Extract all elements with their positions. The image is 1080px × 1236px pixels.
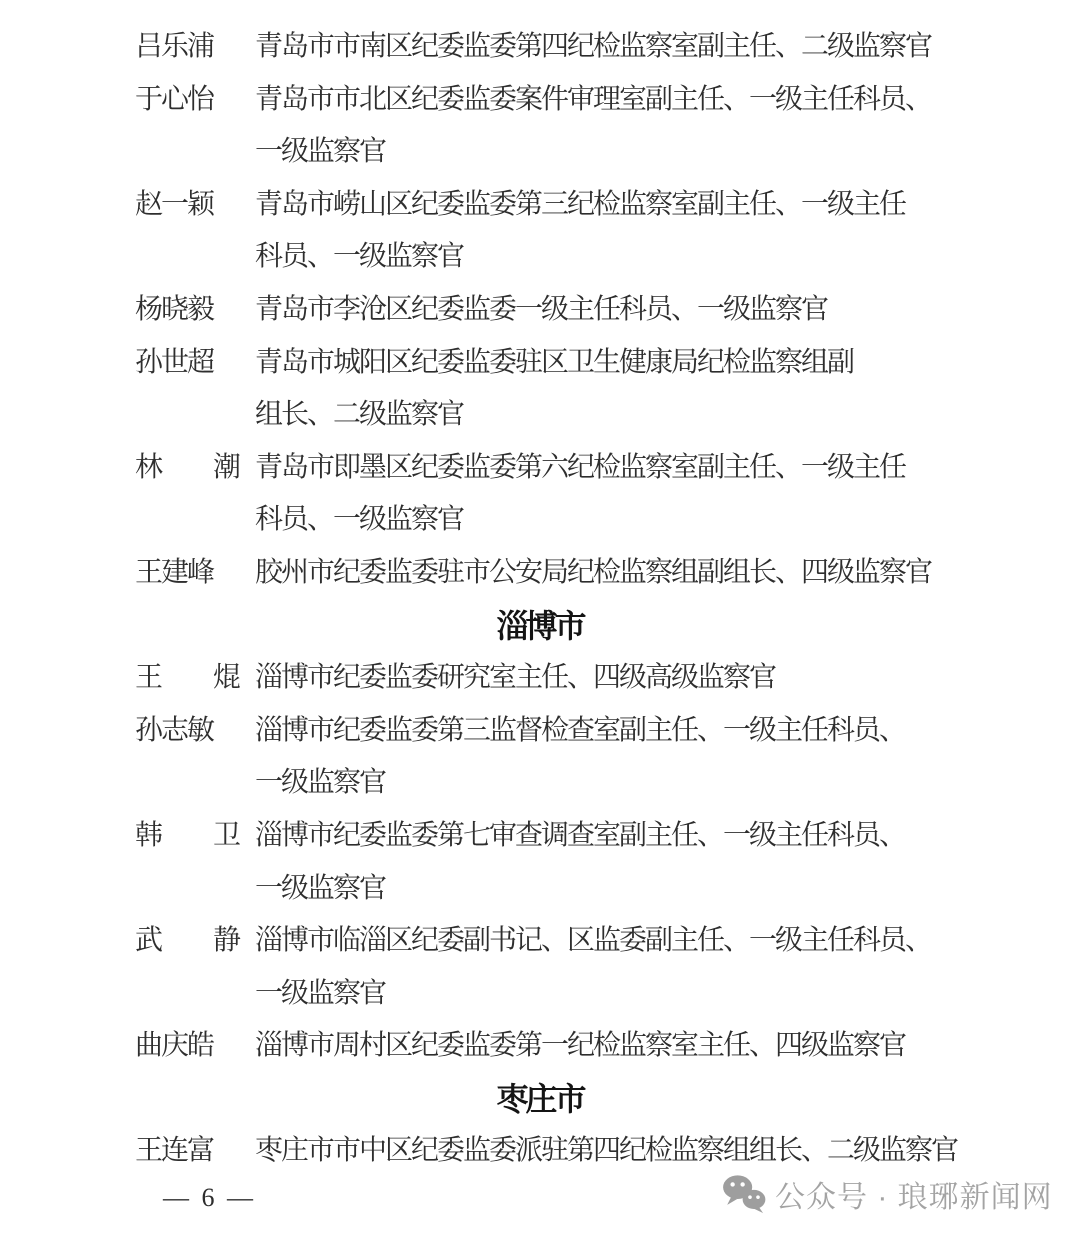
position-text: 淄博市临淄区纪委副书记、区监委副主任、一级主任科员、一级监察官 [255, 915, 945, 1020]
official-entry: 于心怡青岛市市北区纪委监委案件审理室副主任、一级主任科员、一级监察官 [135, 74, 945, 179]
position-line: 一级监察官 [255, 968, 945, 1021]
watermark-label: 公众号 · 琅琊新闻网 [775, 1172, 1053, 1216]
position-line: 一级监察官 [255, 126, 945, 179]
person-name: 杨晓毅 [135, 284, 255, 337]
position-line: 组长、二级监察官 [255, 389, 945, 442]
official-entry: 杨晓毅青岛市李沧区纪委监委一级主任科员、一级监察官 [135, 284, 945, 337]
official-entry: 王 焜淄博市纪委监委研究室主任、四级高级监察官 [135, 652, 945, 705]
watermark: 公众号 · 琅琊新闻网 [722, 1172, 1053, 1216]
position-text: 青岛市崂山区纪委监委第三纪检监察室副主任、一级主任科员、一级监察官 [255, 179, 945, 284]
position-line: 科员、一级监察官 [255, 494, 945, 547]
city-section-header: 淄博市 [135, 600, 945, 653]
position-text: 青岛市即墨区纪委监委第六纪检监察室副主任、一级主任科员、一级监察官 [255, 442, 945, 547]
position-line: 淄博市纪委监委第七审查调查室副主任、一级主任科员、 [255, 810, 945, 863]
position-text: 枣庄市市中区纪委监委派驻第四纪检监察组组长、二级监察官 [255, 1125, 945, 1178]
official-entry: 武 静淄博市临淄区纪委副书记、区监委副主任、一级主任科员、一级监察官 [135, 915, 945, 1020]
position-line: 淄博市纪委监委第三监督检查室副主任、一级主任科员、 [255, 705, 945, 758]
position-line: 青岛市城阳区纪委监委驻区卫生健康局纪检监察组副 [255, 337, 945, 390]
position-text: 青岛市市北区纪委监委案件审理室副主任、一级主任科员、一级监察官 [255, 74, 945, 179]
person-name: 王连富 [135, 1125, 255, 1178]
position-line: 青岛市即墨区纪委监委第六纪检监察室副主任、一级主任 [255, 442, 945, 495]
person-name: 曲庆皓 [135, 1020, 255, 1073]
person-name: 王 焜 [135, 652, 255, 705]
document-page: 吕乐浦青岛市市南区纪委监委第四纪检监察室副主任、二级监察官于心怡青岛市市北区纪委… [0, 0, 1080, 1236]
position-text: 淄博市周村区纪委监委第一纪检监察室主任、四级监察官 [255, 1020, 945, 1073]
official-entry: 孙志敏淄博市纪委监委第三监督检查室副主任、一级主任科员、一级监察官 [135, 705, 945, 810]
position-text: 青岛市李沧区纪委监委一级主任科员、一级监察官 [255, 284, 945, 337]
position-line: 淄博市纪委监委研究室主任、四级高级监察官 [255, 652, 945, 705]
page-number: — 6 — [163, 1183, 256, 1213]
city-section-header: 枣庄市 [135, 1073, 945, 1126]
person-name: 武 静 [135, 915, 255, 968]
position-line: 一级监察官 [255, 863, 945, 916]
official-entry: 王建峰胶州市纪委监委驻市公安局纪检监察组副组长、四级监察官 [135, 547, 945, 600]
position-text: 淄博市纪委监委第七审查调查室副主任、一级主任科员、一级监察官 [255, 810, 945, 915]
position-text: 淄博市纪委监委第三监督检查室副主任、一级主任科员、一级监察官 [255, 705, 945, 810]
position-line: 青岛市市北区纪委监委案件审理室副主任、一级主任科员、 [255, 74, 945, 127]
position-line: 一级监察官 [255, 757, 945, 810]
person-name: 王建峰 [135, 547, 255, 600]
position-line: 科员、一级监察官 [255, 231, 945, 284]
position-text: 淄博市纪委监委研究室主任、四级高级监察官 [255, 652, 945, 705]
person-name: 林 潮 [135, 442, 255, 495]
person-name: 孙世超 [135, 337, 255, 390]
person-name: 于心怡 [135, 74, 255, 127]
position-line: 青岛市李沧区纪委监委一级主任科员、一级监察官 [255, 284, 945, 337]
position-text: 青岛市城阳区纪委监委驻区卫生健康局纪检监察组副组长、二级监察官 [255, 337, 945, 442]
official-entry: 曲庆皓淄博市周村区纪委监委第一纪检监察室主任、四级监察官 [135, 1020, 945, 1073]
official-entry: 韩 卫淄博市纪委监委第七审查调查室副主任、一级主任科员、一级监察官 [135, 810, 945, 915]
person-name: 韩 卫 [135, 810, 255, 863]
position-line: 枣庄市市中区纪委监委派驻第四纪检监察组组长、二级监察官 [255, 1125, 945, 1178]
person-name: 孙志敏 [135, 705, 255, 758]
position-line: 青岛市市南区纪委监委第四纪检监察室副主任、二级监察官 [255, 21, 945, 74]
official-entry: 孙世超青岛市城阳区纪委监委驻区卫生健康局纪检监察组副组长、二级监察官 [135, 337, 945, 442]
position-line: 淄博市临淄区纪委副书记、区监委副主任、一级主任科员、 [255, 915, 945, 968]
position-text: 青岛市市南区纪委监委第四纪检监察室副主任、二级监察官 [255, 21, 945, 74]
person-name: 吕乐浦 [135, 21, 255, 74]
official-entry: 王连富枣庄市市中区纪委监委派驻第四纪检监察组组长、二级监察官 [135, 1125, 945, 1178]
position-line: 淄博市周村区纪委监委第一纪检监察室主任、四级监察官 [255, 1020, 945, 1073]
person-name: 赵一颖 [135, 179, 255, 232]
wechat-icon [722, 1174, 766, 1214]
officials-list: 吕乐浦青岛市市南区纪委监委第四纪检监察室副主任、二级监察官于心怡青岛市市北区纪委… [135, 21, 945, 1178]
official-entry: 林 潮青岛市即墨区纪委监委第六纪检监察室副主任、一级主任科员、一级监察官 [135, 442, 945, 547]
position-text: 胶州市纪委监委驻市公安局纪检监察组副组长、四级监察官 [255, 547, 945, 600]
official-entry: 吕乐浦青岛市市南区纪委监委第四纪检监察室副主任、二级监察官 [135, 21, 945, 74]
position-line: 胶州市纪委监委驻市公安局纪检监察组副组长、四级监察官 [255, 547, 945, 600]
position-line: 青岛市崂山区纪委监委第三纪检监察室副主任、一级主任 [255, 179, 945, 232]
official-entry: 赵一颖青岛市崂山区纪委监委第三纪检监察室副主任、一级主任科员、一级监察官 [135, 179, 945, 284]
